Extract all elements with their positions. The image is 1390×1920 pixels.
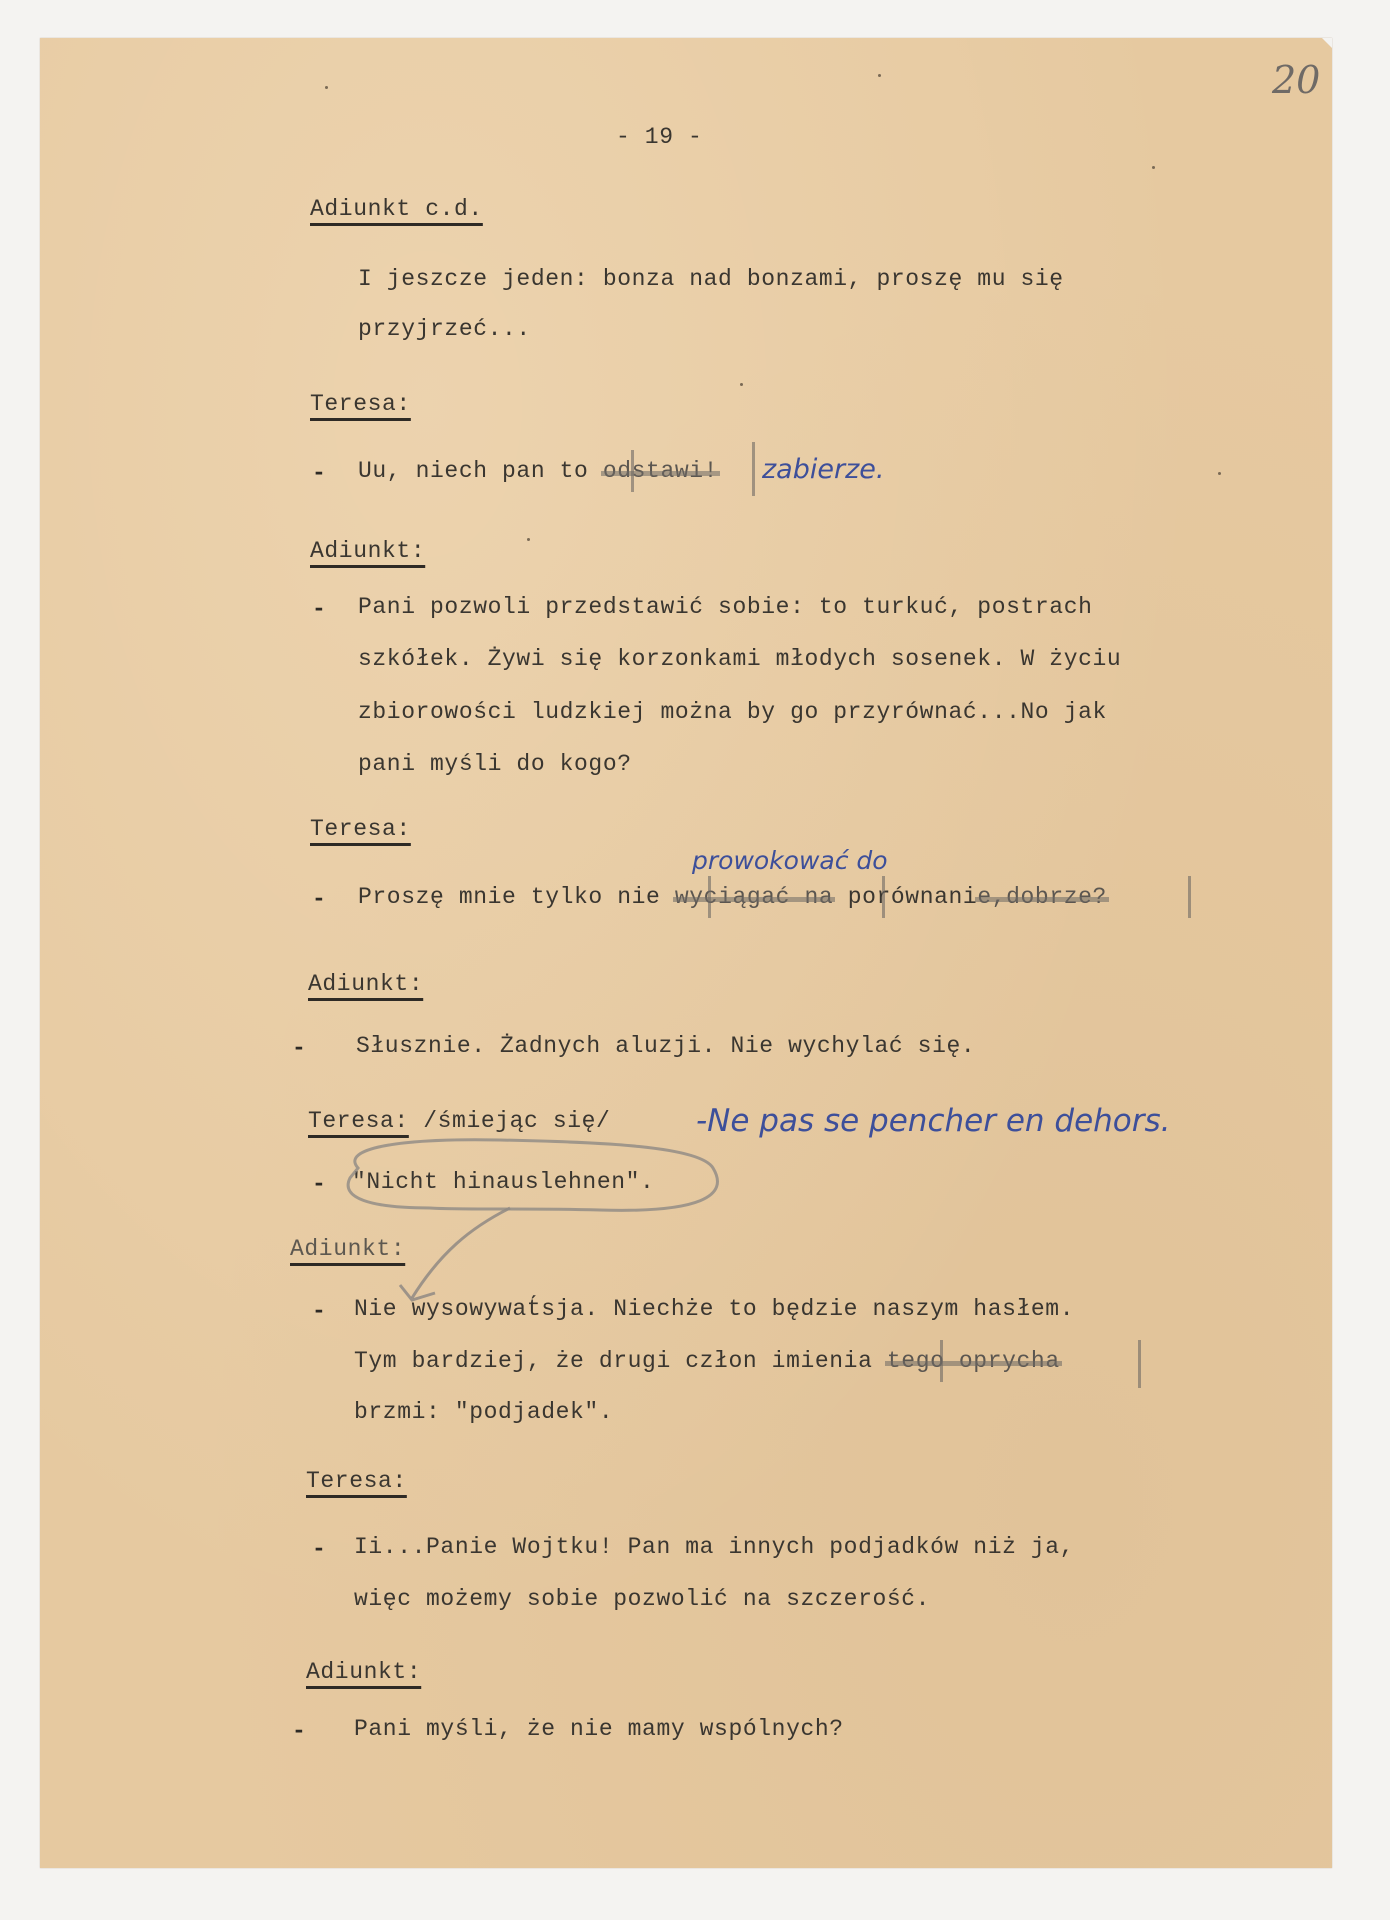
dialogue-line: Ii...Panie Wojtku! Pan ma innych podjadk… (354, 1536, 1074, 1559)
dialogue-dash: - (292, 1718, 306, 1744)
dialogue-dash: - (312, 1536, 326, 1562)
dialogue-line: Tym bardziej, że drugi człon imienia teg… (354, 1350, 1060, 1373)
dialogue-line: więc możemy sobie pozwolić na szczerość. (354, 1588, 930, 1611)
typewritten-page: 20 - 19 - Adiunkt c.d. I jeszcze jeden: … (40, 38, 1332, 1868)
line-text: Tym bardziej, że drugi człon imienia (354, 1348, 872, 1374)
speaker-label: Adiunkt: (290, 1238, 405, 1261)
deletion-mark (940, 1340, 943, 1382)
struck-text: tego oprycha (887, 1348, 1060, 1374)
speaker-label: Adiunkt: (306, 1661, 421, 1684)
dialogue-line: brzmi: "podjadek". (354, 1401, 613, 1424)
dialogue-line: Nie wysowywat́sja. Niechże to będzie nas… (354, 1298, 1074, 1321)
dialogue-line: Pani myśli, że nie mamy wspólnych? (354, 1718, 844, 1741)
dialogue-dash: - (312, 1298, 326, 1324)
speaker-label: Teresa: (306, 1470, 407, 1493)
deletion-mark (1138, 1340, 1141, 1388)
